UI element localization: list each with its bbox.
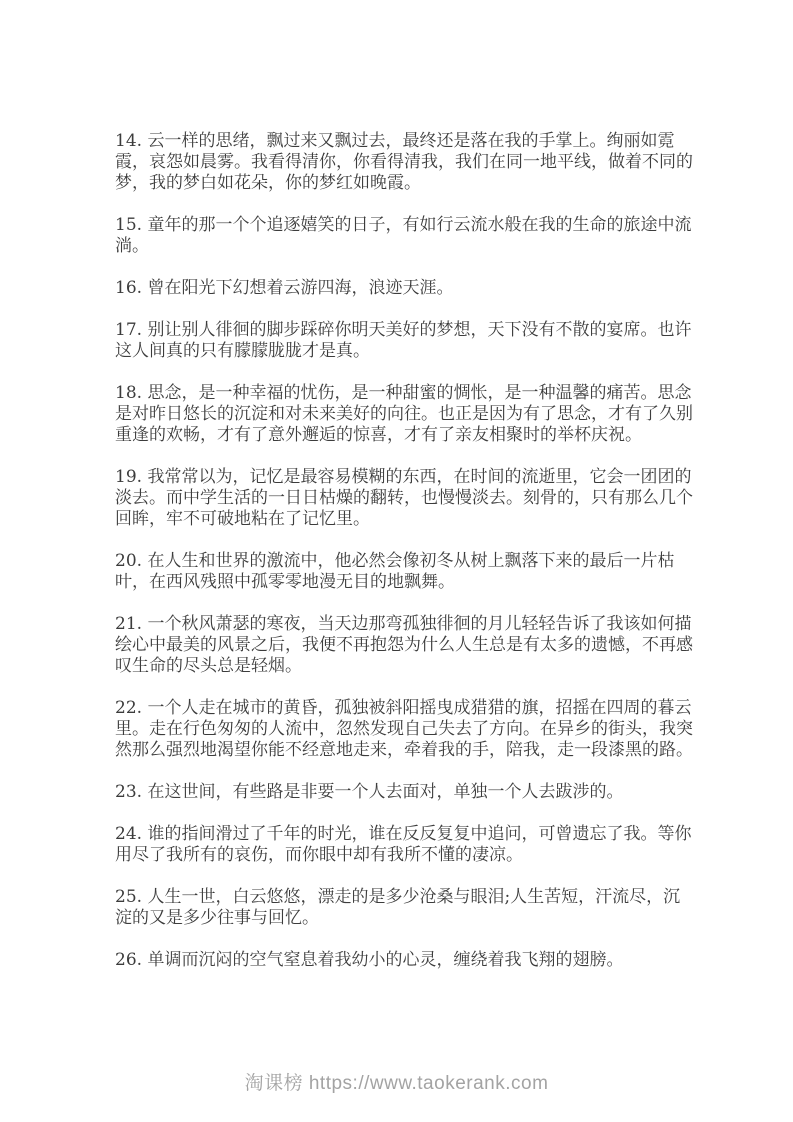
quote-paragraph-25: 25. 人生一世，白云悠悠，漂走的是多少沧桑与眼泪;人生苦短，汗流尽，沉淀的又是…	[115, 887, 693, 929]
quote-paragraph-20: 20. 在人生和世界的激流中，他必然会像初冬从树上飘落下来的最后一片枯叶，在西风…	[115, 551, 693, 593]
quotes-list: 14. 云一样的思绪，飘过来又飘过去，最终还是落在我的手掌上。绚丽如霓霞，哀怨如…	[115, 131, 693, 971]
quote-paragraph-19: 19. 我常常以为，记忆是最容易模糊的东西，在时间的流逝里，它会一团团的淡去。而…	[115, 467, 693, 530]
quote-paragraph-18: 18. 思念，是一种幸福的忧伤，是一种甜蜜的惆怅，是一种温馨的痛苦。思念是对昨日…	[115, 383, 693, 446]
quote-paragraph-26: 26. 单调而沉闷的空气窒息着我幼小的心灵，缠绕着我飞翔的翅膀。	[115, 950, 693, 971]
quote-paragraph-14: 14. 云一样的思绪，飘过来又飘过去，最终还是落在我的手掌上。绚丽如霓霞，哀怨如…	[115, 131, 693, 194]
quote-paragraph-17: 17. 别让别人徘徊的脚步踩碎你明天美好的梦想，天下没有不散的宴席。也许这人间真…	[115, 320, 693, 362]
quote-paragraph-21: 21. 一个秋风萧瑟的寒夜，当天边那弯孤独徘徊的月儿轻轻告诉了我该如何描绘心中最…	[115, 614, 693, 677]
quote-paragraph-15: 15. 童年的那一个个追逐嬉笑的日子，有如行云流水般在我的生命的旅途中流淌。	[115, 215, 693, 257]
site-watermark: 淘课榜 https://www.taokerank.com	[0, 1068, 793, 1095]
quote-paragraph-24: 24. 谁的指间滑过了千年的时光，谁在反反复复中追问，可曾遗忘了我。等你用尽了我…	[115, 824, 693, 866]
document-page: 14. 云一样的思绪，飘过来又飘过去，最终还是落在我的手掌上。绚丽如霓霞，哀怨如…	[0, 0, 793, 971]
quote-paragraph-22: 22. 一个人走在城市的黄昏，孤独被斜阳摇曳成猎猎的旗，招摇在四周的暮云里。走在…	[115, 698, 693, 761]
quote-paragraph-23: 23. 在这世间，有些路是非要一个人去面对，单独一个人去跋涉的。	[115, 782, 693, 803]
quote-paragraph-16: 16. 曾在阳光下幻想着云游四海，浪迹天涯。	[115, 278, 693, 299]
